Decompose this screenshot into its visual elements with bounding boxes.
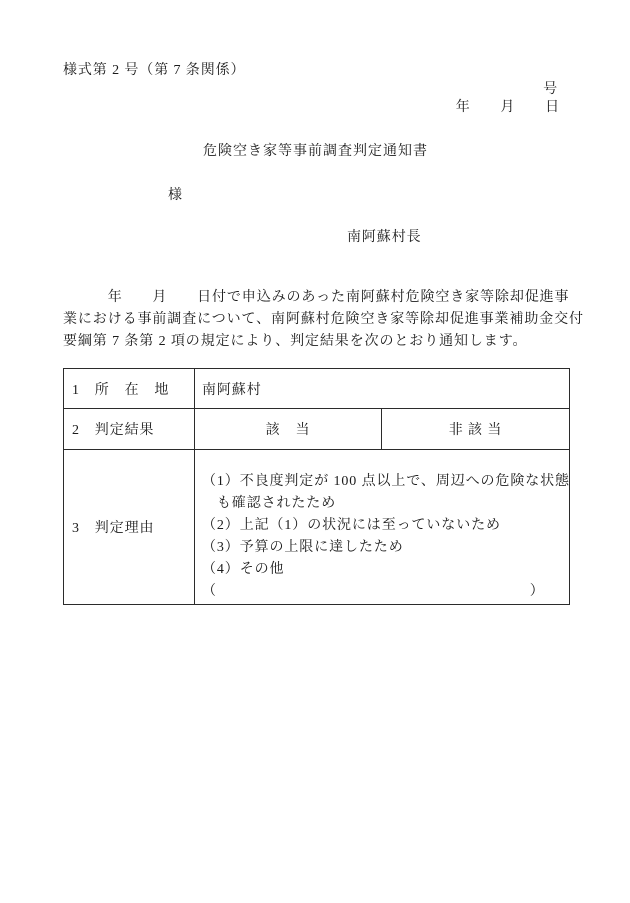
table-row-result: 2 判定結果 該 当 非 該 当 <box>64 409 570 450</box>
table-row-location: 1 所 在 地 南阿蘇村 <box>64 369 570 409</box>
reason-line-1-cont: も確認されたため <box>202 493 563 515</box>
result-option-applicable: 該 当 <box>195 409 382 450</box>
result-label: 2 判定結果 <box>64 409 195 450</box>
reason-content: （1）不良度判定が 100 点以上で、周辺への危険な状態 も確認されたため （2… <box>195 450 570 605</box>
location-value: 南阿蘇村 <box>195 369 570 409</box>
document-page: 様式第 2 号（第 7 条関係） 号 年 月 日 危険空き家等事前調査判定通知書… <box>0 0 630 903</box>
body-paragraph: 年 月 日付で申込みのあった南阿蘇村危険空き家等除却促進事 業における事前調査に… <box>63 287 568 353</box>
reason-line-2: （2）上記（1）の状況には至っていないため <box>202 515 563 537</box>
reason-line-1: （1）不良度判定が 100 点以上で、周辺への危険な状態 <box>202 471 563 493</box>
document-number-line: 号 <box>63 82 568 97</box>
form-number: 様式第 2 号（第 7 条関係） <box>63 63 568 78</box>
body-line-3: 要綱第 7 条第 2 項の規定により、判定結果を次のとおり通知します。 <box>63 331 568 353</box>
reason-line-4: （4）その他 <box>202 559 563 581</box>
document-content: 様式第 2 号（第 7 条関係） 号 年 月 日 危険空き家等事前調査判定通知書… <box>0 0 630 605</box>
addressee-line: 様 <box>63 188 568 203</box>
location-label: 1 所 在 地 <box>64 369 195 409</box>
reason-blank-parens: （ ） <box>202 581 563 603</box>
date-line: 年 月 日 <box>63 100 568 115</box>
reason-line-3: （3）予算の上限に達したため <box>202 537 563 559</box>
result-option-not-applicable: 非 該 当 <box>382 409 570 450</box>
reason-label: 3 判定理由 <box>64 450 195 605</box>
document-title: 危険空き家等事前調査判定通知書 <box>63 144 568 159</box>
sender-name: 南阿蘇村長 <box>63 230 568 245</box>
table-row-reason: 3 判定理由 （1）不良度判定が 100 点以上で、周辺への危険な状態 も確認さ… <box>64 450 570 605</box>
body-line-2: 業における事前調査について、南阿蘇村危険空き家等除却促進事業補助金交付 <box>63 309 568 331</box>
body-line-1: 年 月 日付で申込みのあった南阿蘇村危険空き家等除却促進事 <box>63 287 568 309</box>
judgment-table: 1 所 在 地 南阿蘇村 2 判定結果 該 当 非 該 当 3 判定理由 （1）… <box>63 368 570 605</box>
